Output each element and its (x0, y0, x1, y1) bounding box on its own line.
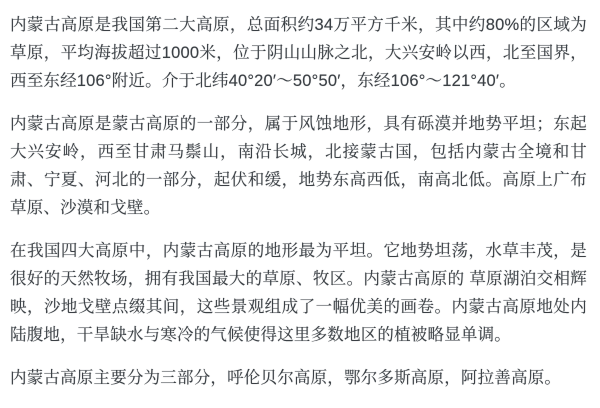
paragraph-overview: 内蒙古高原是我国第二大高原，总面积约34万平方千米，其中约80%的区域为草原，平… (10, 11, 587, 95)
article-text-block: 内蒙古高原是我国第二大高原，总面积约34万平方千米，其中约80%的区域为草原，平… (0, 0, 600, 408)
paragraph-geography: 内蒙古高原是蒙古高原的一部分，属于风蚀地形，具有砾漠并地势平坦；东起大兴安岭，西… (10, 110, 587, 222)
paragraph-subdivisions: 内蒙古高原主要分为三部分，呼伦贝尔高原，鄂尔多斯高原，阿拉善高原。 (10, 364, 587, 392)
paragraph-terrain: 在我国四大高原中，内蒙古高原的地形最为平坦。它地势坦荡，水草丰茂，是很好的天然牧… (10, 237, 587, 349)
